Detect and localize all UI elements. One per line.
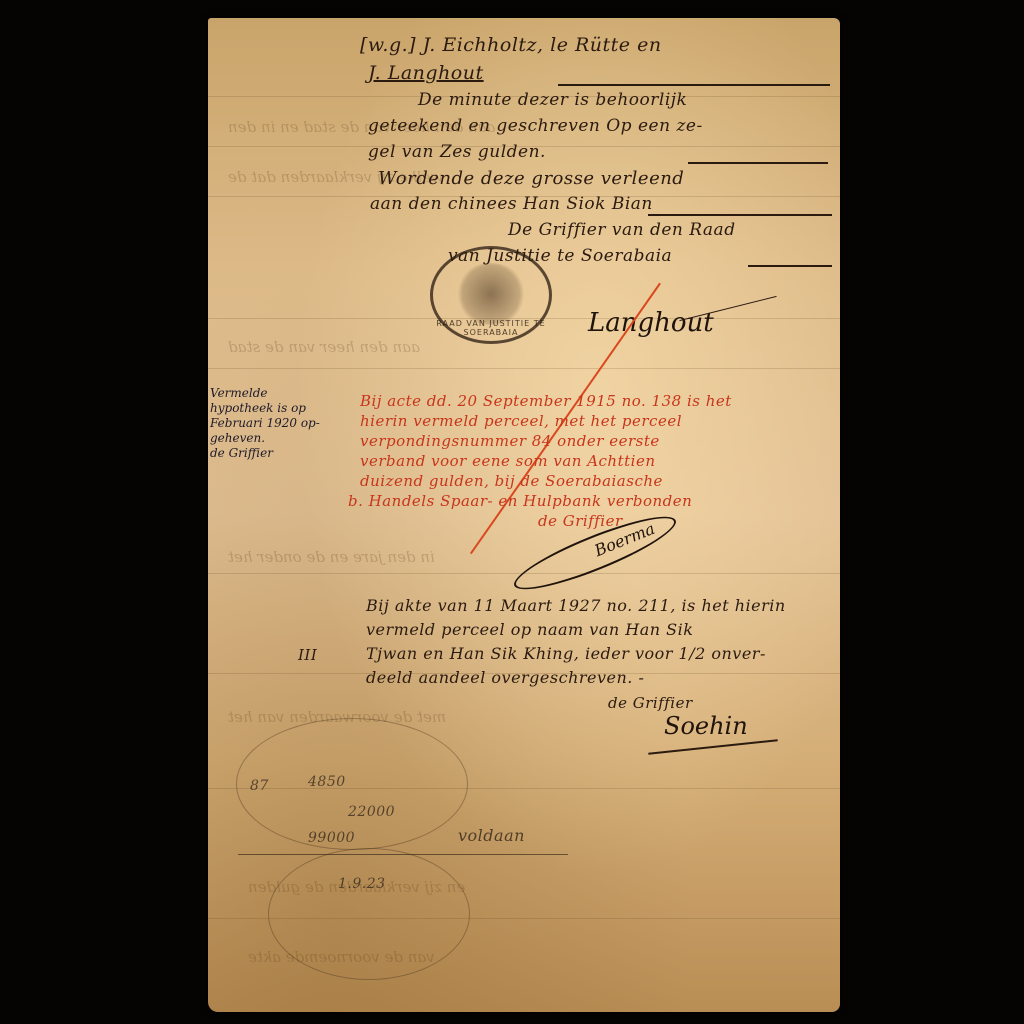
pencil-note: 1.9.23 <box>338 876 386 892</box>
court-seal-stamp: RAAD VAN JUSTITIE TE SOERABAIA <box>430 246 552 344</box>
red-text-line: verband voor eene som van Achttien <box>360 452 655 470</box>
coat-of-arms-icon <box>455 263 527 325</box>
signature: Langhout <box>588 308 714 338</box>
text-line: [w.g.] J. Eichholtz, le Rütte en <box>360 34 662 56</box>
red-text-line: b. Handels Spaar- en Hulpbank verbonden <box>348 492 692 510</box>
text-line: aan den chinees Han Siok Bian <box>370 194 653 214</box>
underline-rule <box>648 214 832 216</box>
text-line: Wordende deze grosse verleend <box>378 168 684 189</box>
underline-rule <box>748 265 832 267</box>
pencil-note: 99000 <box>308 830 355 846</box>
margin-note: Vermelde hypotheek is op Februari 1920 o… <box>210 386 320 461</box>
document-paper: aan den heer van de stad en in den welke… <box>208 18 840 1012</box>
text-line: De Griffier van den Raad <box>508 220 736 240</box>
signature: Soehin <box>664 712 748 740</box>
pencil-circle <box>268 848 470 980</box>
text-line: De minute dezer is behoorlijk <box>418 90 687 110</box>
pencil-note: 22000 <box>348 804 395 820</box>
text-line: de Griffier <box>608 694 693 712</box>
text-line: deeld aandeel overgeschreven. - <box>366 668 644 687</box>
underline-rule <box>558 84 830 86</box>
pencil-note: 4850 <box>308 774 346 790</box>
pencil-rule <box>238 854 568 855</box>
text-line: geteekend en geschreven Op een ze- <box>368 116 703 136</box>
ruled-line <box>208 368 840 369</box>
red-text-line: de Griffier <box>538 512 623 530</box>
red-text-line: verpondingsnummer 84 onder eerste <box>360 432 660 450</box>
margin-note-line: Vermelde <box>210 386 320 401</box>
text-line: J. Langhout <box>368 62 484 84</box>
margin-label: III <box>298 646 317 664</box>
stamp-text: RAAD VAN JUSTITIE TE SOERABAIA <box>433 319 549 337</box>
text-line: vermeld perceel op naam van Han Sik <box>366 620 693 639</box>
underline-rule <box>688 162 828 164</box>
text-line: gel van Zes gulden. <box>368 142 546 162</box>
red-text-line: duizend gulden, bij de Soerabaiasche <box>360 472 663 490</box>
margin-note-line: hypotheek is op <box>210 401 320 416</box>
signature-stroke <box>648 739 777 755</box>
margin-note-line: geheven. <box>210 431 320 446</box>
pencil-note: 87 <box>250 778 269 794</box>
margin-note-line: Februari 1920 op- <box>210 416 320 431</box>
bleed-through-text: aan den heer van de stad <box>228 338 420 356</box>
red-text-line: hierin vermeld perceel, met het perceel <box>360 412 682 430</box>
bleed-through-text: in den jare en de onder het <box>228 548 435 566</box>
text-line: Tjwan en Han Sik Khing, ieder voor 1/2 o… <box>366 644 766 663</box>
margin-note-line: de Griffier <box>210 446 320 461</box>
text-line: Bij akte van 11 Maart 1927 no. 211, is h… <box>366 596 786 615</box>
red-text-line: Bij acte dd. 20 September 1915 no. 138 i… <box>360 392 732 410</box>
pencil-note: voldaan <box>458 826 525 845</box>
